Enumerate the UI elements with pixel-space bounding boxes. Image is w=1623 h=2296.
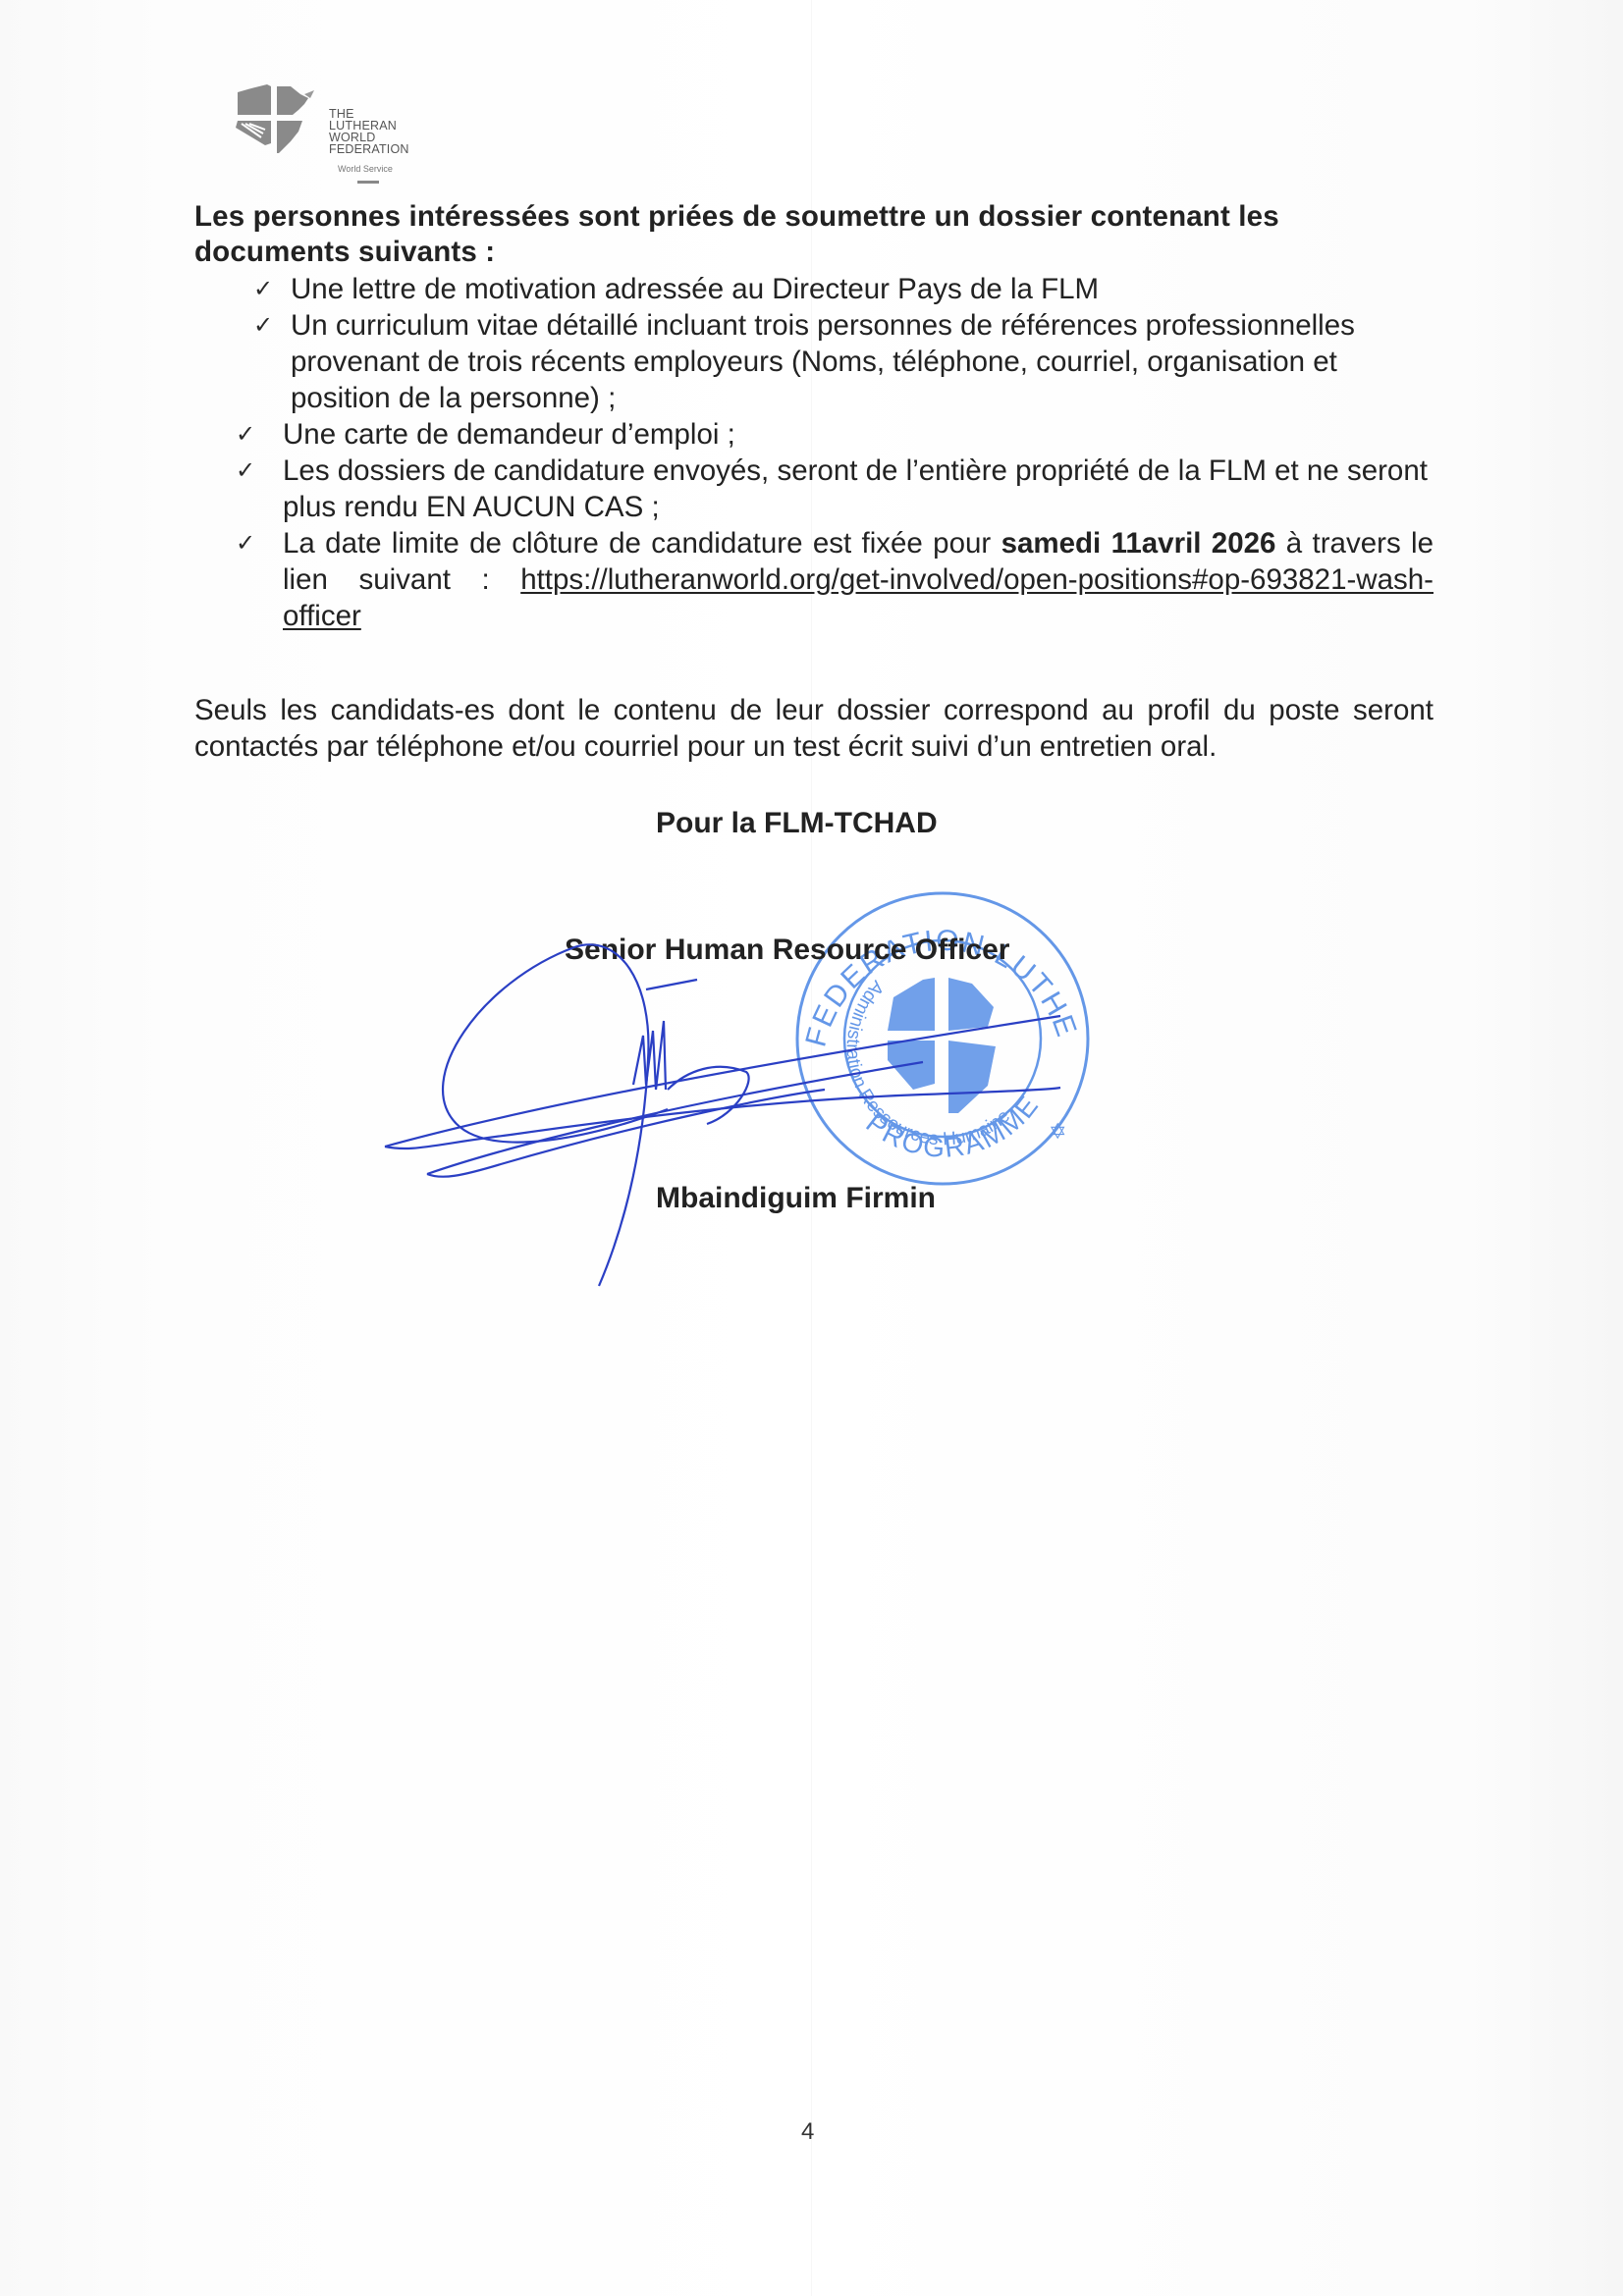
checkmark-icon: ✓ [236,525,255,561]
checkmark-icon: ✓ [253,307,273,344]
deadline-date: samedi 11avril 2026 [1001,527,1276,560]
checkmark-icon: ✓ [236,416,255,453]
requirement-text: La date limite de clôture de candidature… [283,525,1434,634]
intro-heading: Les personnes intéressées sont priées de… [194,199,1434,270]
logo-org-name: THE LUTHERAN WORLD FEDERATION [329,108,409,155]
requirement-item: ✓ La date limite de clôture de candidatu… [236,525,1434,634]
requirement-text: Un curriculum vitae détaillé incluant tr… [291,307,1434,416]
requirements-list: ✓ Une lettre de motivation adressée au D… [243,271,1434,634]
logo-line: FEDERATION [329,143,409,155]
closing-paragraph: Seuls les candidats-es dont le contenu d… [194,692,1434,765]
requirement-text: Une lettre de motivation adressée au Dir… [291,271,1434,307]
document-page: THE LUTHERAN WORLD FEDERATION World Serv… [0,0,1623,2296]
checkmark-icon: ✓ [253,271,273,307]
deadline-intro: La date limite de clôture de candidature… [283,527,1001,560]
lwf-logo: THE LUTHERAN WORLD FEDERATION World Serv… [232,80,448,188]
handwritten-signature [373,942,1080,1296]
signatory-name: Mbaindiguim Firmin [656,1182,936,1215]
logo-subtitle: World Service [338,164,393,174]
requirement-item: ✓ Un curriculum vitae détaillé incluant … [243,307,1434,416]
page-number: 4 [801,2118,814,2146]
signature-for-org: Pour la FLM-TCHAD [656,807,938,840]
lwf-cross-hands-dove-icon [232,84,322,155]
checkmark-icon: ✓ [236,453,255,489]
logo-tagline-mark [357,181,379,184]
requirement-item: ✓ Les dossiers de candidature envoyés, s… [236,453,1434,525]
requirement-text: Les dossiers de candidature envoyés, ser… [283,453,1434,525]
requirement-item: ✓ Une lettre de motivation adressée au D… [243,271,1434,307]
requirement-item: ✓ Une carte de demandeur d’emploi ; [236,416,1434,453]
requirement-text: Une carte de demandeur d’emploi ; [283,416,1434,453]
